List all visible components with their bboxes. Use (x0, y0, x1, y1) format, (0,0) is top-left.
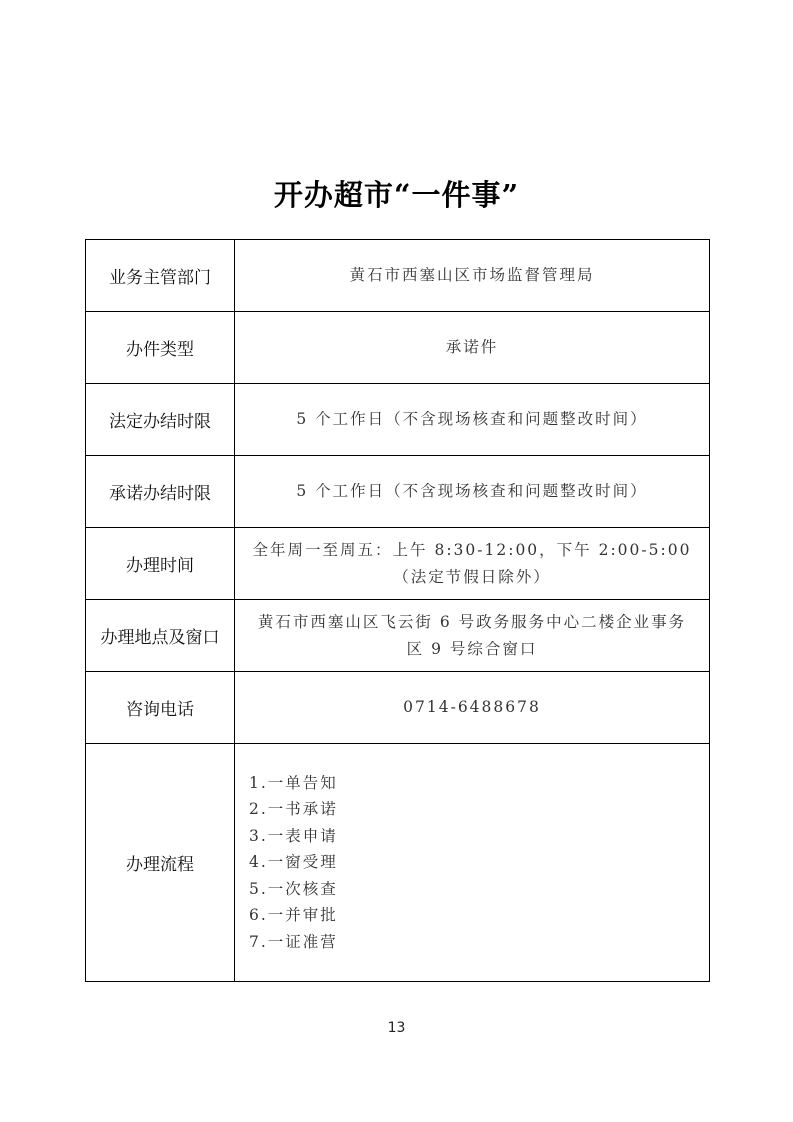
label-legal-deadline: 法定办结时限 (86, 384, 235, 456)
label-phone: 咨询电话 (86, 672, 235, 744)
process-step: 4.一窗受理 (249, 849, 701, 876)
value-legal-deadline: 5 个工作日（不含现场核查和问题整改时间） (235, 384, 710, 456)
value-office-hours: 全年周一至周五：上午 8:30-12:00，下午 2:00-5:00 （法定节假… (235, 528, 710, 600)
value-process: 1.一单告知 2.一书承诺 3.一表申请 4.一窗受理 5.一次核查 6.一并审… (235, 744, 710, 982)
table-row-case-type: 办件类型 承诺件 (86, 312, 710, 384)
label-promised-deadline: 承诺办结时限 (86, 456, 235, 528)
table-row-office-hours: 办理时间 全年周一至周五：上午 8:30-12:00，下午 2:00-5:00 … (86, 528, 710, 600)
label-case-type: 办件类型 (86, 312, 235, 384)
value-case-type: 承诺件 (235, 312, 710, 384)
table-row-department: 业务主管部门 黄石市西塞山区市场监督管理局 (86, 240, 710, 312)
process-step: 2.一书承诺 (249, 796, 701, 823)
label-location: 办理地点及窗口 (86, 600, 235, 672)
value-location: 黄石市西塞山区飞云街 6 号政务服务中心二楼企业事务 区 9 号综合窗口 (235, 600, 710, 672)
office-hours-line-1: 全年周一至周五：上午 8:30-12:00，下午 2:00-5:00 (243, 537, 701, 564)
process-step: 5.一次核查 (249, 876, 701, 903)
location-line-1: 黄石市西塞山区飞云街 6 号政务服务中心二楼企业事务 (243, 609, 701, 636)
value-phone: 0714-6488678 (235, 672, 710, 744)
process-step: 3.一表申请 (249, 823, 701, 850)
process-step: 7.一证准营 (249, 929, 701, 956)
info-table: 业务主管部门 黄石市西塞山区市场监督管理局 办件类型 承诺件 法定办结时限 5 … (85, 239, 710, 982)
location-line-2: 区 9 号综合窗口 (243, 636, 701, 663)
table-row-promised-deadline: 承诺办结时限 5 个工作日（不含现场核查和问题整改时间） (86, 456, 710, 528)
table-row-phone: 咨询电话 0714-6488678 (86, 672, 710, 744)
label-office-hours: 办理时间 (86, 528, 235, 600)
label-department: 业务主管部门 (86, 240, 235, 312)
page-number: 13 (0, 1020, 793, 1036)
label-process: 办理流程 (86, 744, 235, 982)
table-row-process: 办理流程 1.一单告知 2.一书承诺 3.一表申请 4.一窗受理 5.一次核查 … (86, 744, 710, 982)
office-hours-line-2: （法定节假日除外） (243, 564, 701, 591)
process-step: 1.一单告知 (249, 770, 701, 797)
page-title: 开办超市“一件事” (0, 170, 793, 220)
process-step: 6.一并审批 (249, 902, 701, 929)
value-promised-deadline: 5 个工作日（不含现场核查和问题整改时间） (235, 456, 710, 528)
table-row-location: 办理地点及窗口 黄石市西塞山区飞云街 6 号政务服务中心二楼企业事务 区 9 号… (86, 600, 710, 672)
table-row-legal-deadline: 法定办结时限 5 个工作日（不含现场核查和问题整改时间） (86, 384, 710, 456)
process-steps-list: 1.一单告知 2.一书承诺 3.一表申请 4.一窗受理 5.一次核查 6.一并审… (243, 770, 701, 956)
value-department: 黄石市西塞山区市场监督管理局 (235, 240, 710, 312)
